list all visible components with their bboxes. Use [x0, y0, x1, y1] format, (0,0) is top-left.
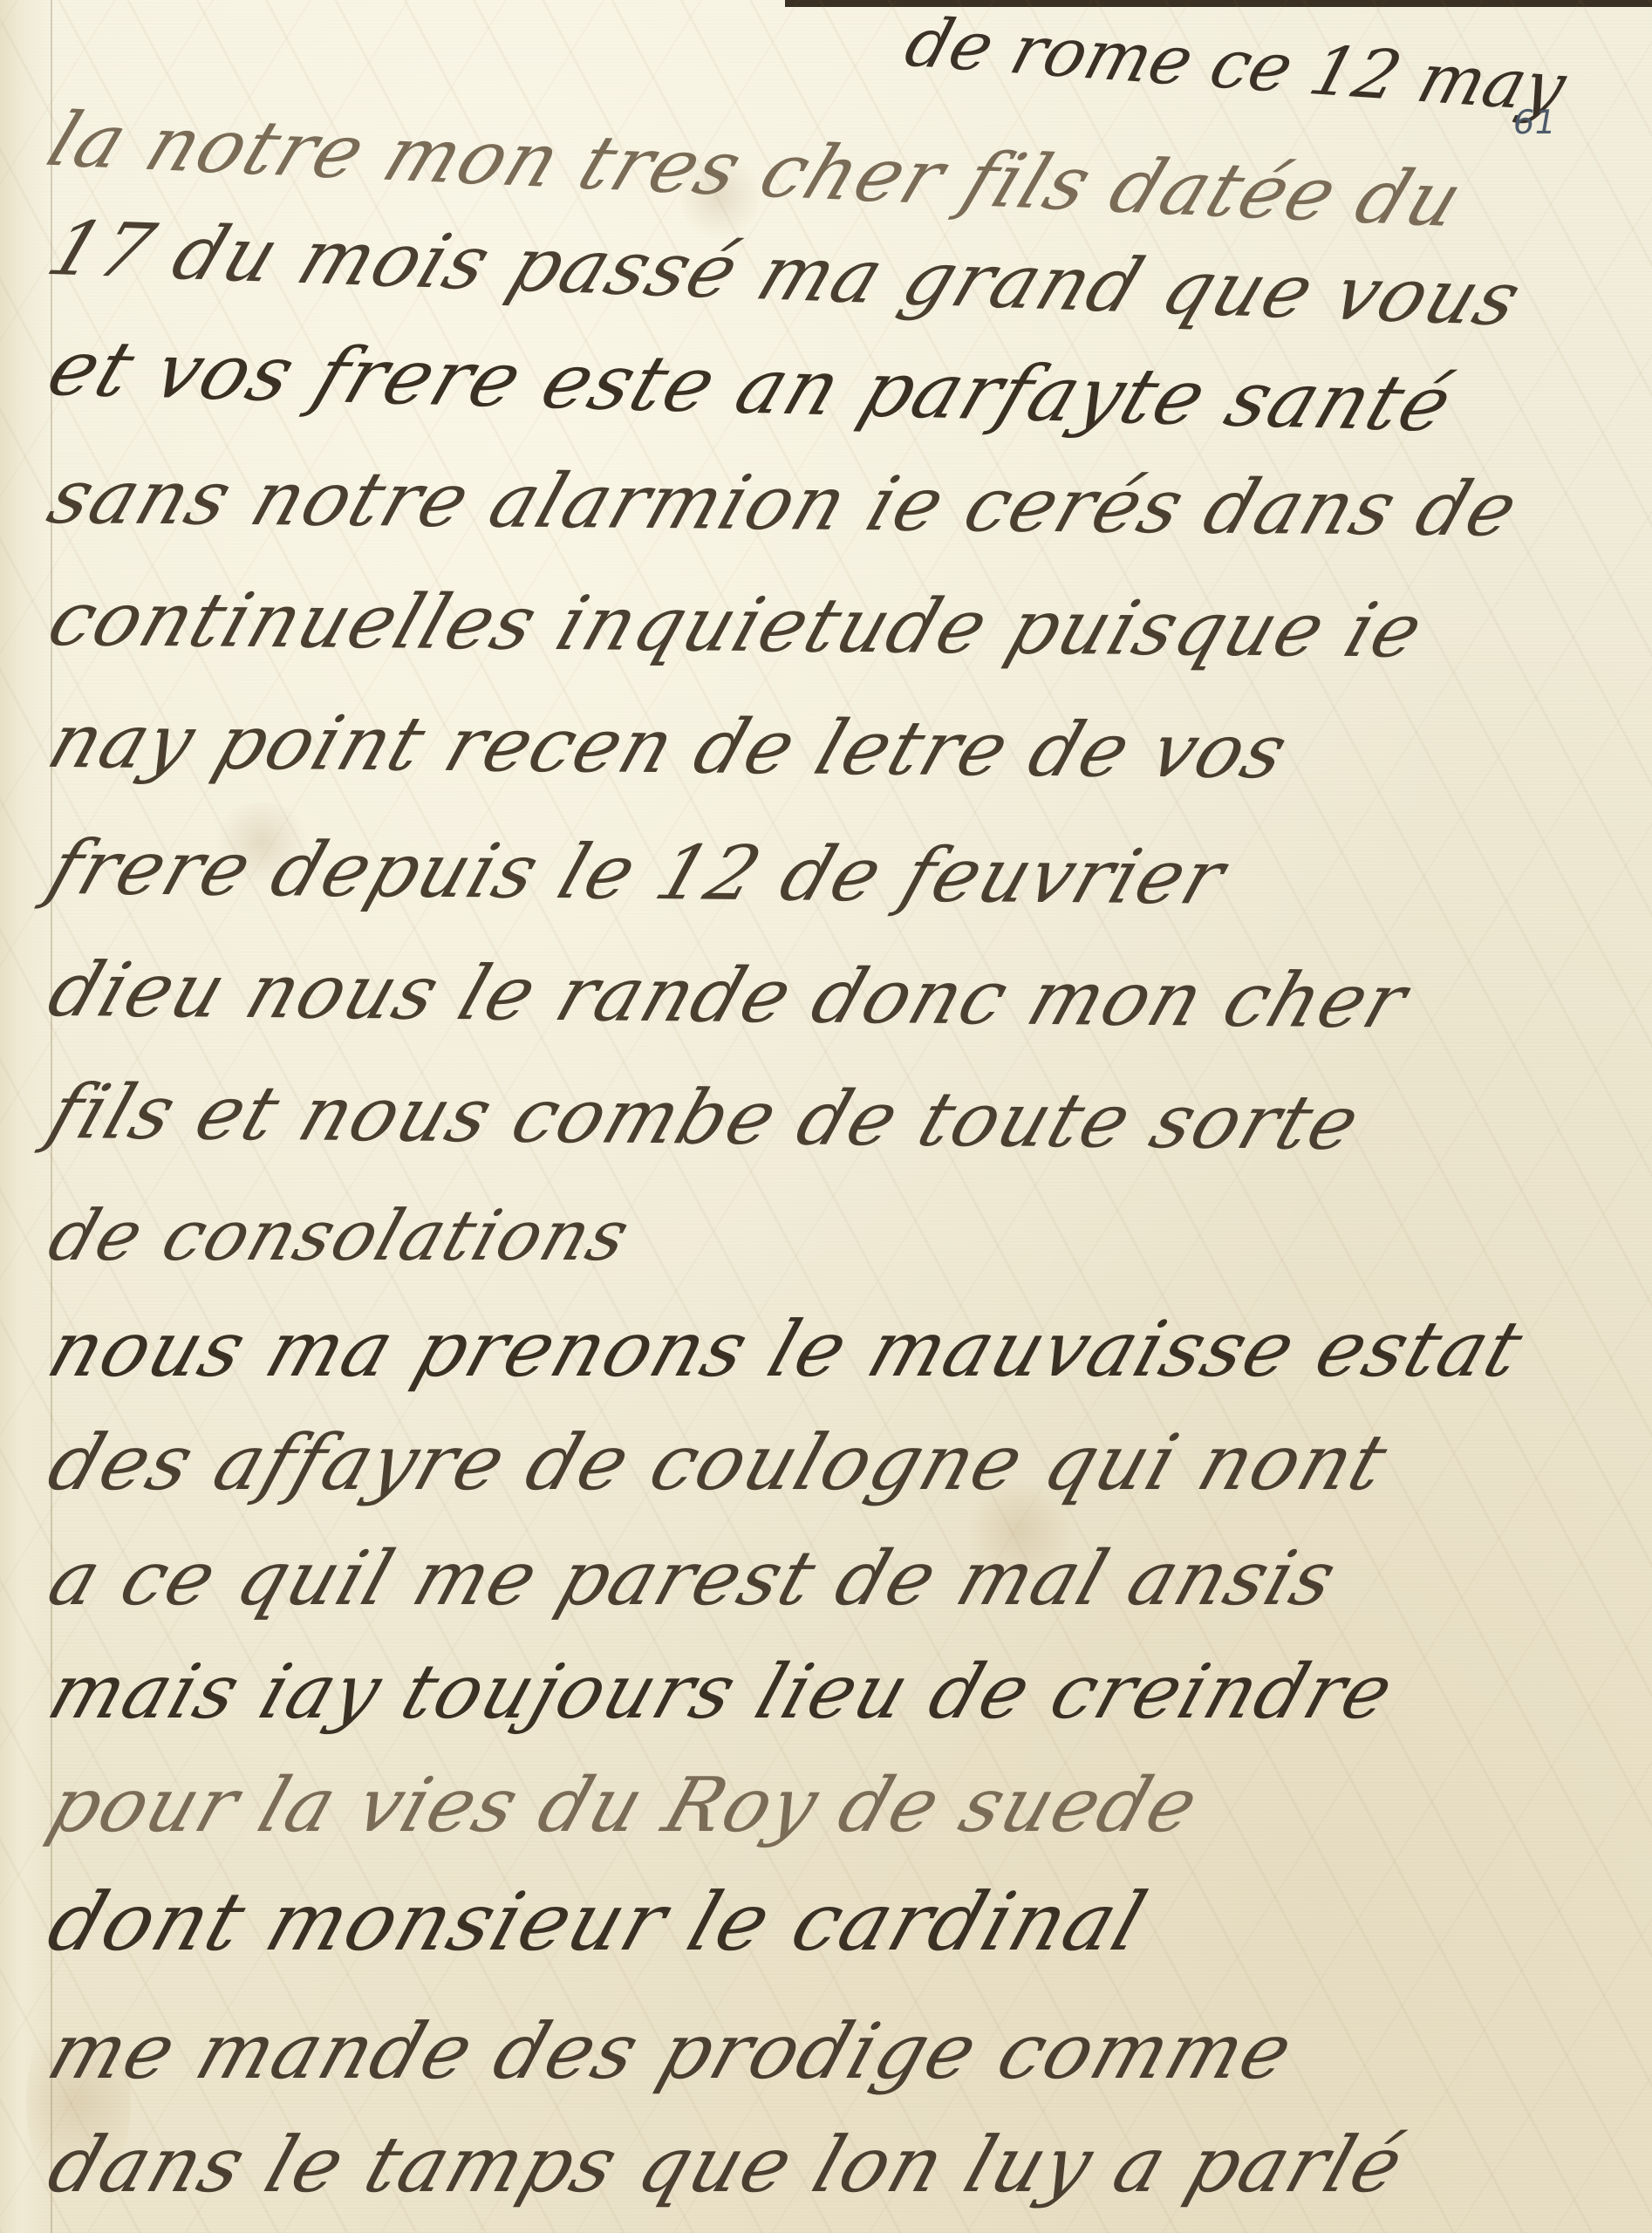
- letter-line-16: dont monsieur le cardinal: [38, 1875, 1158, 1969]
- letter-line-4: sans notre alarmion ie cerés dans de: [38, 454, 1530, 553]
- letter-line-8: dieu nous le rande donc mon cher: [38, 946, 1419, 1045]
- page-top-shadow: [785, 0, 1652, 7]
- dateline: de rome ce 12 may: [897, 4, 1574, 127]
- letter-line-6: nay point recen de letre de vos: [38, 698, 1300, 796]
- letter-line-13: a ce quil me parest de mal ansis: [38, 1535, 1348, 1622]
- letter-line-17: me mande des prodige comme: [38, 2006, 1305, 2096]
- letter-line-14: mais iay toujours lieu de creindre: [38, 1649, 1405, 1736]
- letter-line-18: dans le tamps que lon luy a parlé: [38, 2120, 1416, 2209]
- letter-line-3: et vos frere este an parfayte santé: [37, 323, 1465, 448]
- letter-line-7: frere depuis le 12 de feuvrier: [38, 824, 1237, 921]
- letter-line-9: fils et nous combe de toute sorte: [38, 1069, 1371, 1167]
- letter-line-15: pour la vies du Roy de suede: [38, 1762, 1211, 1849]
- letter-line-11: nous ma prenons le mauvaisse estat: [38, 1304, 1535, 1394]
- page-binding-edge: [0, 0, 52, 2233]
- year-annotation: 61: [1510, 103, 1559, 141]
- letter-line-10: de consolations: [39, 1195, 641, 1276]
- letter-page: de rome ce 12 may 61 la notre mon tres c…: [0, 0, 1652, 2233]
- letter-line-12: des affayre de coulogne qui nont: [38, 1417, 1399, 1507]
- letter-line-5: continuelles inquietude puisque ie: [38, 576, 1435, 674]
